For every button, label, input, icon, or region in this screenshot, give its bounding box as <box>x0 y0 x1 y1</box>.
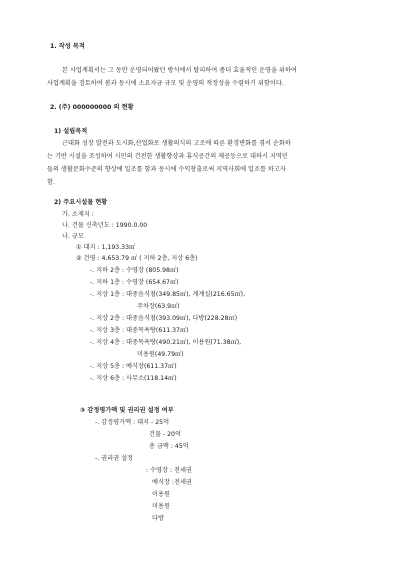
floor-6: -. 지상 6층 : 사무소(118.14㎡) <box>90 375 177 383</box>
rights-heading: -. 권리권 설정 <box>95 455 133 463</box>
rights-item-5: 다방 <box>152 515 164 523</box>
appraisal-line-3: 총 금액 : 45억 <box>149 443 189 451</box>
purpose-line-3: 들의 생활문화수준의 향상에 일조를 함과 동시에 수익창출로써 지역사회에 일… <box>47 166 286 174</box>
rights-item-2: 예식장 :전세권 <box>152 479 192 487</box>
rights-item-4: 미용원 <box>152 503 170 511</box>
facilities-heading: 2) 주요시설물 현황 <box>54 199 107 207</box>
section1-line-2: 사업계획을 검토하여 봄과 동시에 소요자금 규모 및 운영의 적정성을 수렴하… <box>47 80 284 88</box>
appraisal-line-1: -. 감정평가액 : 대지 - 25억 <box>95 419 169 427</box>
floor-4-cont: 미용원(49.79㎡) <box>137 351 184 359</box>
purpose-line-1: 근대화 성장 발전과 도시화,산업화로 생활의식의 고조에 따른 환경변화를 겸… <box>62 140 291 148</box>
location-line: 가. 소재지 : <box>62 211 94 219</box>
rights-item-3: 이용원 <box>152 491 170 499</box>
purpose-line-4: 함. <box>47 179 55 187</box>
appraisal-heading: ③ 감정평가액 및 권리권 설정 여부 <box>80 407 174 415</box>
floor-1: -. 지상 1층 : 대중음식점(349.85㎡), 게계실(216.65㎡), <box>90 291 245 299</box>
rights-item-1: : 수영장 : 전세권 <box>146 467 192 475</box>
floor-1-cont: 주차장(63.9㎡) <box>137 303 180 311</box>
scale-line: 나. 규모 <box>62 233 84 241</box>
section1-heading: 1. 작성 목적 <box>50 43 85 51</box>
purpose-line-2: 는 기반 시설을 조성하여 시민의 건전한 생활향상과 휴식공간의 제공등으로 … <box>47 153 288 161</box>
building-line: ② 건평 : 4,653.79 ㎡ ( 지하 2층, 지상 6층) <box>76 255 198 263</box>
section1-line-1: 본 사업계획서는 그 동안 운영되어왔던 방식에서 탈피하여 좀더 효율적인 운… <box>62 67 297 75</box>
land-line: ① 대지 : 1,193.33㎡ <box>76 244 135 252</box>
section2-heading: 2. (주) 000000000 의 현황 <box>50 104 134 112</box>
floor-2: -. 지상 2층 : 대중음식점(393.09㎡), 다방(228.28㎡) <box>90 315 237 323</box>
floor-5: -. 지상 5층 : 예식장(611.37㎡) <box>90 363 177 371</box>
floor-b1: -. 지하 1층 : 수영장 (654.67㎡) <box>90 279 179 287</box>
purpose-heading: 1) 설립목적 <box>54 128 87 136</box>
built-year-line: 나. 건물 신축년도 : 1990.0.00 <box>62 222 147 230</box>
floor-b2: -. 지하 2층 : 수영장 (805.98㎡) <box>90 267 179 275</box>
floor-3: -. 지상 3층 : 대중목욕탕(611.37㎡) <box>90 327 189 335</box>
appraisal-line-2: 건물 - 20억 <box>149 431 181 439</box>
floor-4: -. 지상 4층 : 대중목욕탕(490.21㎡), 이용원(71.38㎡), <box>90 339 241 347</box>
